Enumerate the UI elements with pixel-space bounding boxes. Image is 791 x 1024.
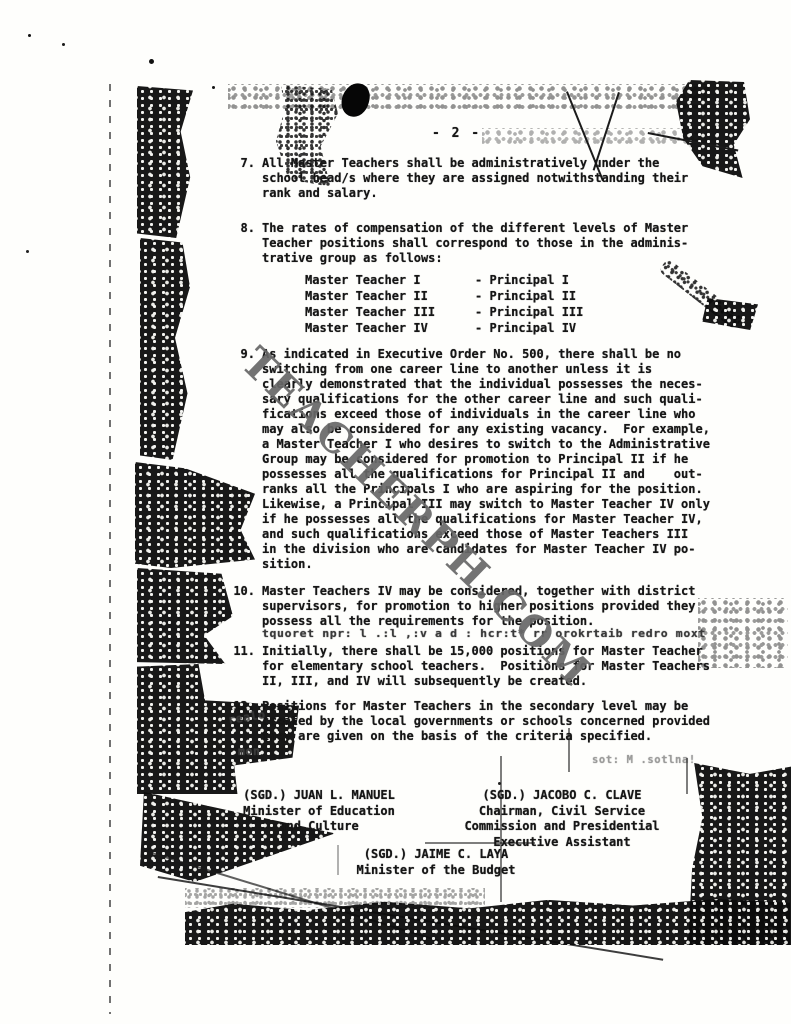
paragraph-text: Positions for Master Teachers in the sec… [262, 699, 710, 744]
table-row: Master Teacher II - Principal II [305, 288, 583, 304]
margin-dashed-line [109, 84, 111, 1014]
left-band-top [137, 86, 193, 238]
paragraph-text: The rates of compensation of the differe… [262, 221, 688, 266]
paragraph-7: 7. All Master Teachers shall be administ… [225, 156, 688, 201]
left-band-low [137, 568, 233, 664]
bleedthrough-right: sot: M .sotlna! [592, 754, 696, 766]
signature-left: (SGD.) JUAN L. MANUEL Minister of Educat… [228, 788, 410, 835]
page-number: - 2 - [432, 126, 481, 141]
fold-vline-4 [337, 845, 339, 875]
paragraph-11: 11. Initially, there shall be 15,000 pos… [225, 644, 710, 689]
signature-center: (SGD.) JAIME C. LAYA Minister of the Bud… [340, 847, 532, 878]
paragraph-12: 12. Positions for Master Teachers in the… [225, 699, 710, 744]
signature-right: (SGD.) JACOBO C. CLAVE Chairman, Civil S… [452, 788, 672, 850]
paragraph-8: 8. The rates of compensation of the diff… [225, 221, 688, 266]
position-cell: Master Teacher II [305, 288, 475, 304]
position-cell: Master Teacher IV [305, 320, 475, 336]
equivalent-cell: - Principal I [475, 272, 569, 288]
position-cell: Master Teacher III [305, 304, 475, 320]
stray-specks [28, 34, 31, 37]
table-row: Master Teacher III - Principal III [305, 304, 583, 320]
paragraph-text: Initially, there shall be 15,000 positio… [262, 644, 710, 689]
equivalent-cell: - Principal IV [475, 320, 576, 336]
paragraph-number: 10. [225, 584, 255, 629]
paragraph-number: 11. [225, 644, 255, 689]
paragraph-number: 7. [225, 156, 255, 201]
equivalent-cell: - Principal II [475, 288, 576, 304]
position-cell: Master Teacher I [305, 272, 475, 288]
bottom-band-haze [185, 888, 485, 908]
bleedthrough-mon: mon [238, 744, 261, 758]
scanned-document-page: - 2 - 7. All Master Teachers shall be ad… [0, 0, 791, 1024]
equivalent-cell: - Principal III [475, 304, 583, 320]
paragraph-text: All Master Teachers shall be administrat… [262, 156, 688, 201]
right-mid-speckle [698, 598, 788, 668]
equivalence-table: Master Teacher I - Principal I Master Te… [305, 272, 583, 336]
table-row: Master Teacher IV - Principal IV [305, 320, 583, 336]
table-row: Master Teacher I - Principal I [305, 272, 583, 288]
paragraph-number: 8. [225, 221, 255, 266]
list-smudge-blob [702, 298, 758, 330]
left-band-mid [140, 238, 190, 460]
